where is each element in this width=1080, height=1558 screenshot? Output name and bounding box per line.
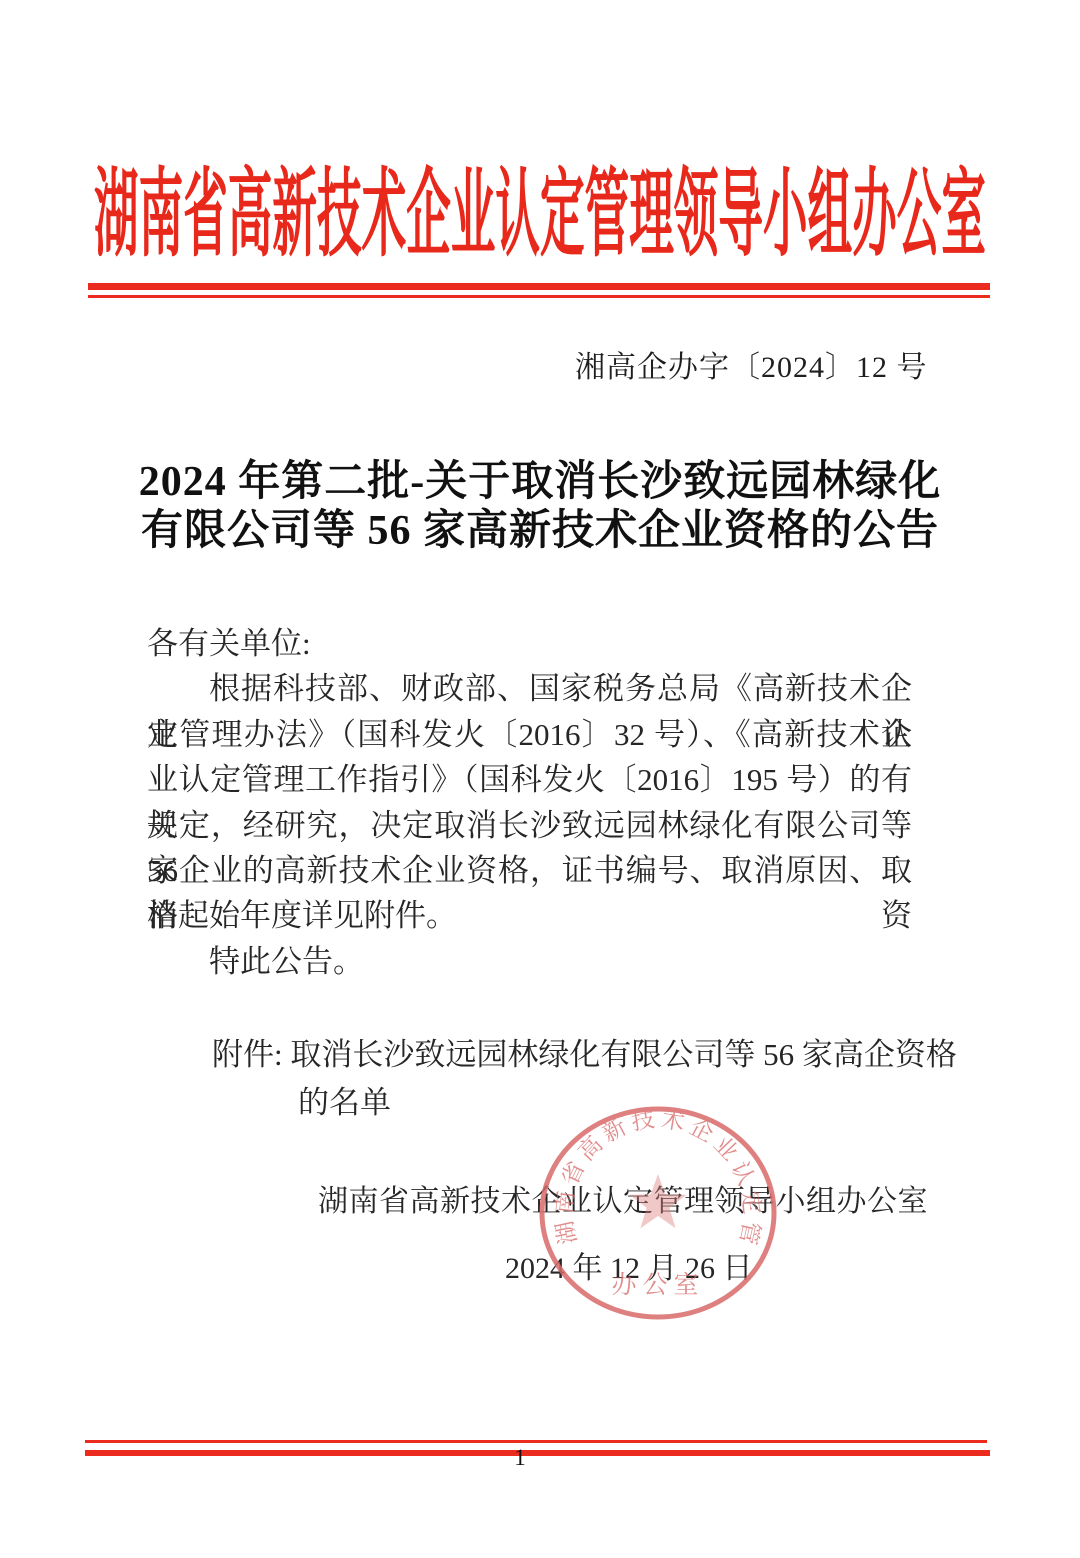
footer-rule-thin bbox=[85, 1440, 987, 1443]
body-salutation: 各有关单位: bbox=[147, 621, 912, 666]
body-line: 家企业的高新技术企业资格，证书编号、取消原因、取消资 bbox=[147, 848, 912, 893]
body-line: 规定，经研究，决定取消长沙致远园林绿化有限公司等 56 bbox=[147, 803, 912, 848]
letterhead-banner: 湖南省高新技术企业认定管理领导小组办公室 bbox=[88, 148, 994, 268]
svg-text:湖南省高新技术企业认定管理领导小组: 湖南省高新技术企业认定管理领导小组 bbox=[535, 1101, 765, 1247]
body-line: 业认定管理工作指引》（国科发火〔2016〕195 号）的有关 bbox=[147, 757, 912, 802]
letterhead-org-text: 湖南省高新技术企业认定管理领导小组办公室 bbox=[94, 161, 986, 268]
document-page: 湖南省高新技术企业认定管理领导小组办公室 湘高企办字〔2024〕12 号 202… bbox=[0, 0, 1080, 1558]
body-line: 根据科技部、财政部、国家税务总局《高新技术企业认 bbox=[147, 666, 912, 711]
body-text: 各有关单位: 根据科技部、财政部、国家税务总局《高新技术企业认 定管理办法》（国… bbox=[147, 621, 912, 984]
seal-bottom-text: 办公室 bbox=[611, 1271, 704, 1299]
body-closing: 特此公告。 bbox=[147, 939, 912, 984]
page-number: 1 bbox=[505, 1445, 535, 1471]
doc-number: 湘高企办字〔2024〕12 号 bbox=[575, 342, 928, 386]
doc-title-line1: 2024 年第二批-关于取消长沙致远园林绿化 bbox=[0, 458, 1080, 507]
attachment-line1: 附件: 取消长沙致远园林绿化有限公司等 56 家高企资格 bbox=[212, 1029, 957, 1074]
footer-rule-thick bbox=[85, 1450, 990, 1456]
doc-title-line2: 有限公司等 56 家高新技术企业资格的公告 bbox=[0, 507, 1080, 556]
letterhead-rule-thick bbox=[88, 283, 990, 290]
official-seal: 湖南省高新技术企业认定管理领导小组 办公室 bbox=[535, 1101, 781, 1329]
seal-ring-text: 湖南省高新技术企业认定管理领导小组 bbox=[535, 1101, 765, 1247]
letterhead-rule-thin bbox=[88, 295, 990, 298]
body-line: 定管理办法》（国科发火〔2016〕32 号）、《高新技术企 bbox=[147, 712, 912, 757]
doc-title: 2024 年第二批-关于取消长沙致远园林绿化 有限公司等 56 家高新技术企业资… bbox=[0, 458, 1080, 556]
star-icon bbox=[630, 1174, 687, 1228]
attachment-line2: 的名单 bbox=[298, 1077, 391, 1122]
